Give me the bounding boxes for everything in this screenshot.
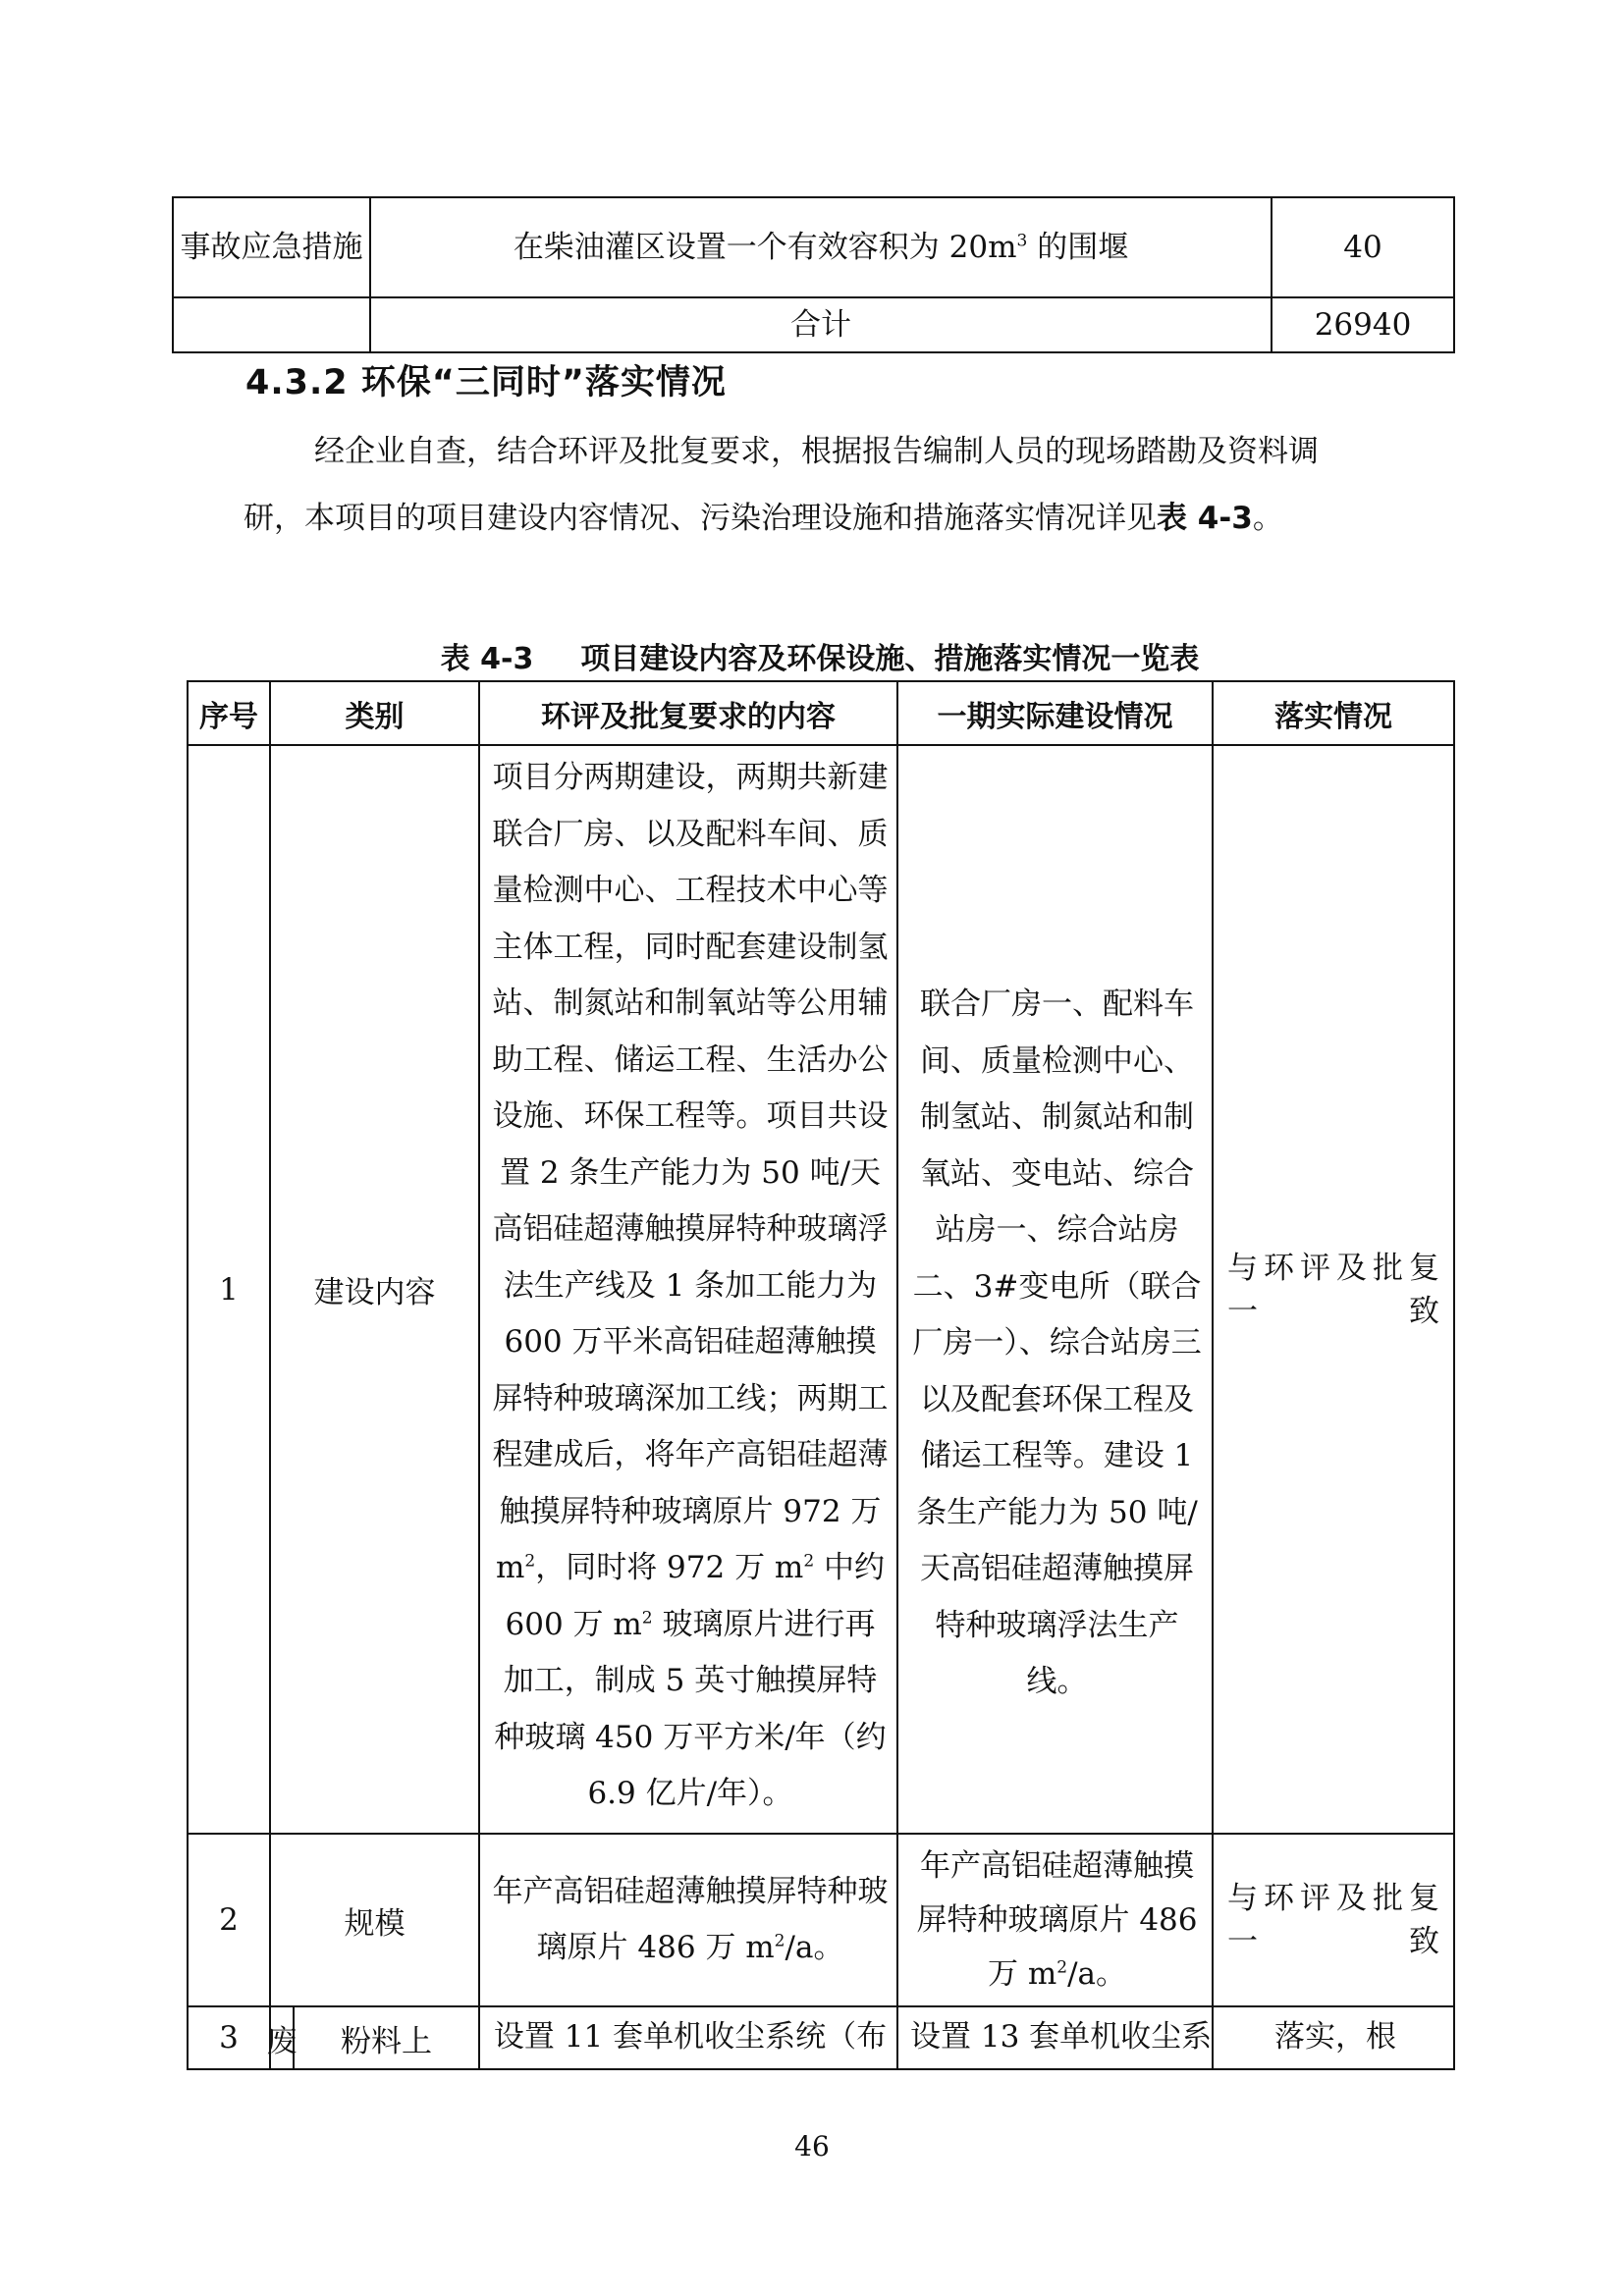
actual-cell: 年产高铝硅超薄触摸屏特种玻璃原片 486 万 m2/a。 xyxy=(897,1834,1213,2006)
empty-cell xyxy=(173,297,370,352)
table-header-row: 序号 类别 环评及批复要求的内容 一期实际建设情况 落实情况 xyxy=(188,681,1454,745)
actual-cell: 联合厂房一、配料车间、质量检测中心、制氢站、制氮站和制氧站、变电站、综合站房一、… xyxy=(897,745,1213,1834)
row-category: 建设内容 xyxy=(270,745,479,1834)
status-cell: 与环评及批复一致 xyxy=(1213,745,1454,1834)
row-category: 废 粉料上 xyxy=(270,2006,479,2069)
header-status: 落实情况 xyxy=(1213,681,1454,745)
paragraph-text: 研，本项目的项目建设内容情况、污染治理设施和措施落实情况详见 xyxy=(244,501,1157,536)
table-row-total: 合计 26940 xyxy=(173,297,1454,352)
requirement-cell: 项目分两期建设，两期共新建联合厂房、以及配料车间、质量检测中心、工程技术中心等主… xyxy=(479,745,897,1834)
measure-text: 在柴油灌区设置一个有效容积为 20m xyxy=(514,230,1017,265)
requirement-cell: 年产高铝硅超薄触摸屏特种玻璃原片 486 万 m2/a。 xyxy=(479,1834,897,2006)
table-row: 事故应急措施 在柴油灌区设置一个有效容积为 20m3 的围堰 40 xyxy=(173,197,1454,297)
superscript: 2 xyxy=(642,1608,653,1628)
row-no: 3 xyxy=(188,2006,270,2069)
paragraph-line-2: 研，本项目的项目建设内容情况、污染治理设施和措施落实情况详见表 4-3。 xyxy=(244,485,1463,552)
header-actual: 一期实际建设情况 xyxy=(897,681,1213,745)
requirement-text: ，同时将 972 万 m xyxy=(535,1550,803,1585)
caption-title: 项目建设内容及环保设施、措施落实情况一览表 xyxy=(580,642,1199,676)
header-no: 序号 xyxy=(188,681,270,745)
superscript: 2 xyxy=(524,1552,535,1572)
superscript: 2 xyxy=(775,1932,785,1951)
measure-cell: 在柴油灌区设置一个有效容积为 20m3 的围堰 xyxy=(370,197,1272,297)
caption-number: 表 4-3 xyxy=(441,642,534,676)
measure-text-end: 的围堰 xyxy=(1027,230,1128,265)
table-row: 3 废 粉料上 设置 11 套单机收尘系统（布 设置 13 套单机收尘系统 落实… xyxy=(188,2006,1454,2069)
category-text: 事故应急措施 xyxy=(181,230,363,265)
total-amount: 26940 xyxy=(1272,297,1454,352)
requirement-text-end: /a。 xyxy=(785,1930,844,1965)
row-no: 2 xyxy=(188,1834,270,2006)
superscript: 2 xyxy=(803,1552,814,1572)
category-sub: 粉料上 xyxy=(295,2007,478,2068)
table-caption: 表 4-3项目建设内容及环保设施、措施落实情况一览表 xyxy=(187,634,1453,677)
cost-table-continued: 事故应急措施 在柴油灌区设置一个有效容积为 20m3 的围堰 40 合计 269… xyxy=(172,196,1455,353)
requirement-text: 项目分两期建设，两期共新建联合厂房、以及配料车间、质量检测中心、工程技术中心等主… xyxy=(493,760,889,1585)
row-no: 1 xyxy=(188,745,270,1834)
table-reference: 表 4-3 xyxy=(1157,501,1253,536)
table-row: 2 规模 年产高铝硅超薄触摸屏特种玻璃原片 486 万 m2/a。 年产高铝硅超… xyxy=(188,1834,1454,2006)
total-label: 合计 xyxy=(370,297,1272,352)
section-heading: 4.3.2 环保“三同时”落实情况 xyxy=(245,355,727,404)
table-4-3: 序号 类别 环评及批复要求的内容 一期实际建设情况 落实情况 1 建设内容 项目… xyxy=(187,680,1455,2070)
requirement-cell: 设置 11 套单机收尘系统（布 xyxy=(479,2006,897,2069)
actual-text-end: /a。 xyxy=(1067,1956,1126,1992)
row-category: 规模 xyxy=(270,1834,479,2006)
table-row: 1 建设内容 项目分两期建设，两期共新建联合厂房、以及配料车间、质量检测中心、工… xyxy=(188,745,1454,1834)
section-paragraph: 经企业自查，结合环评及批复要求，根据报告编制人员的现场踏勘及资料调 研，本项目的… xyxy=(245,418,1463,552)
category-cell: 事故应急措施 xyxy=(173,197,370,297)
superscript: 3 xyxy=(1017,232,1028,251)
page-number: 46 xyxy=(0,2130,1624,2163)
actual-cell: 设置 13 套单机收尘系统 xyxy=(897,2006,1213,2069)
header-requirement: 环评及批复要求的内容 xyxy=(479,681,897,745)
paragraph-line-1: 经企业自查，结合环评及批复要求，根据报告编制人员的现场踏勘及资料调 xyxy=(245,418,1463,485)
paragraph-end: 。 xyxy=(1253,501,1283,536)
superscript: 2 xyxy=(1056,1957,1067,1977)
amount-cell: 40 xyxy=(1272,197,1454,297)
status-cell: 落实，根 xyxy=(1213,2006,1454,2069)
header-category: 类别 xyxy=(270,681,479,745)
status-cell: 与环评及批复一致 xyxy=(1213,1834,1454,2006)
category-main: 废 xyxy=(271,2007,295,2068)
